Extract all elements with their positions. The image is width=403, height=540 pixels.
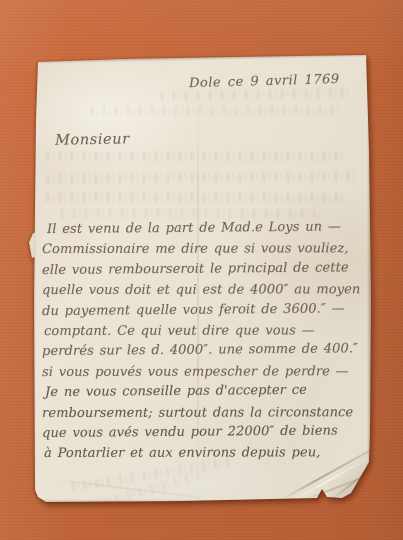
letter-line: quelle vous doit et qui est de 4000″ au … xyxy=(42,280,367,301)
show-through-line xyxy=(47,193,345,202)
letter-line: à Pontarlier et aux environs depuis peu, xyxy=(44,443,367,464)
letter-line: que vous avés vendu pour 22000″ de biens xyxy=(42,421,367,444)
paper-left-edge-shadow xyxy=(33,52,36,504)
photo-background: Dole ce 9 avril 1769 Monsieur Il est ven… xyxy=(0,0,403,540)
paper-bottom-edge-shadow xyxy=(33,499,371,504)
letter-paper: Dole ce 9 avril 1769 Monsieur Il est ven… xyxy=(33,52,371,504)
show-through-line xyxy=(91,106,343,115)
letter-line: Il est venu de la part de Mad.e Loys un … xyxy=(47,217,367,240)
letter-body: Il est venu de la part de Mad.e Loys un … xyxy=(42,220,367,465)
letter-line: elle vous rembourseroit le principal de … xyxy=(42,258,367,281)
paper-top-edge-shadow xyxy=(29,52,379,64)
show-through-line xyxy=(47,152,347,161)
show-through-line xyxy=(47,172,359,184)
letter-line: du payement quelle vous feroit de 3600.″… xyxy=(42,299,367,322)
letter-salutation: Monsieur xyxy=(55,131,130,148)
paper-right-edge-shadow xyxy=(367,52,371,504)
show-through-line xyxy=(61,209,323,218)
letter-line: perdrés sur les d. 4000″. une somme de 4… xyxy=(42,340,367,363)
paper-surface: Dole ce 9 avril 1769 Monsieur Il est ven… xyxy=(33,52,371,504)
letter-line: Je ne vous conseille pas d'accepter ce xyxy=(45,380,367,403)
